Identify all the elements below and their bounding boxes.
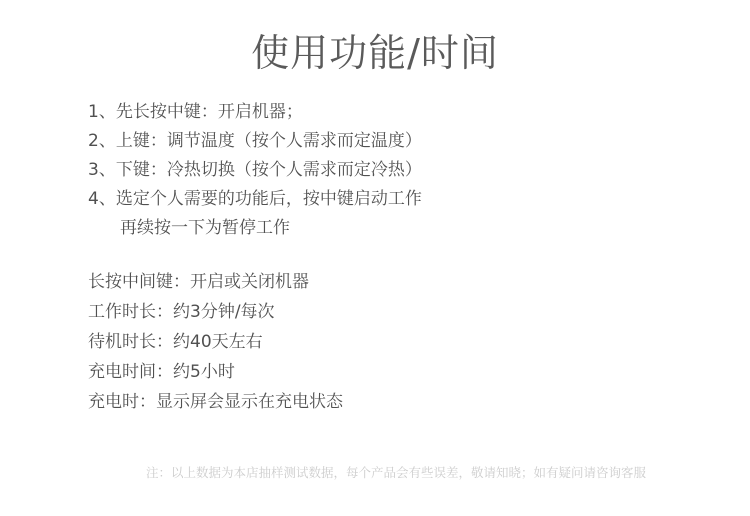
step-4-continued: 再续按一下为暂停工作 [88,214,422,243]
step-4: 4、选定个人需要的功能后，按中键启动工作 [88,185,422,214]
step-3: 3、下键：冷热切换（按个人需求而定冷热） [88,156,422,185]
spec-work-duration: 工作时长：约3分钟/每次 [88,297,343,327]
step-1: 1、先长按中键：开启机器； [88,98,422,127]
spec-standby-duration: 待机时长：约40天左右 [88,327,343,357]
disclaimer-note: 注：以上数据为本店抽样测试数据，每个产品会有些误差，敬请知晓；如有疑问请咨询客服 [146,463,646,483]
usage-steps-list: 1、先长按中键：开启机器； 2、上键：调节温度（按个人需求而定温度） 3、下键：… [88,98,422,243]
step-2: 2、上键：调节温度（按个人需求而定温度） [88,127,422,156]
page-title: 使用功能/时间 [0,28,750,78]
spec-charging-time: 充电时间：约5小时 [88,357,343,387]
spec-power-toggle: 长按中间键：开启或关闭机器 [88,267,343,297]
spec-charging-display: 充电时：显示屏会显示在充电状态 [88,387,343,417]
specs-list: 长按中间键：开启或关闭机器 工作时长：约3分钟/每次 待机时长：约40天左右 充… [88,267,343,417]
